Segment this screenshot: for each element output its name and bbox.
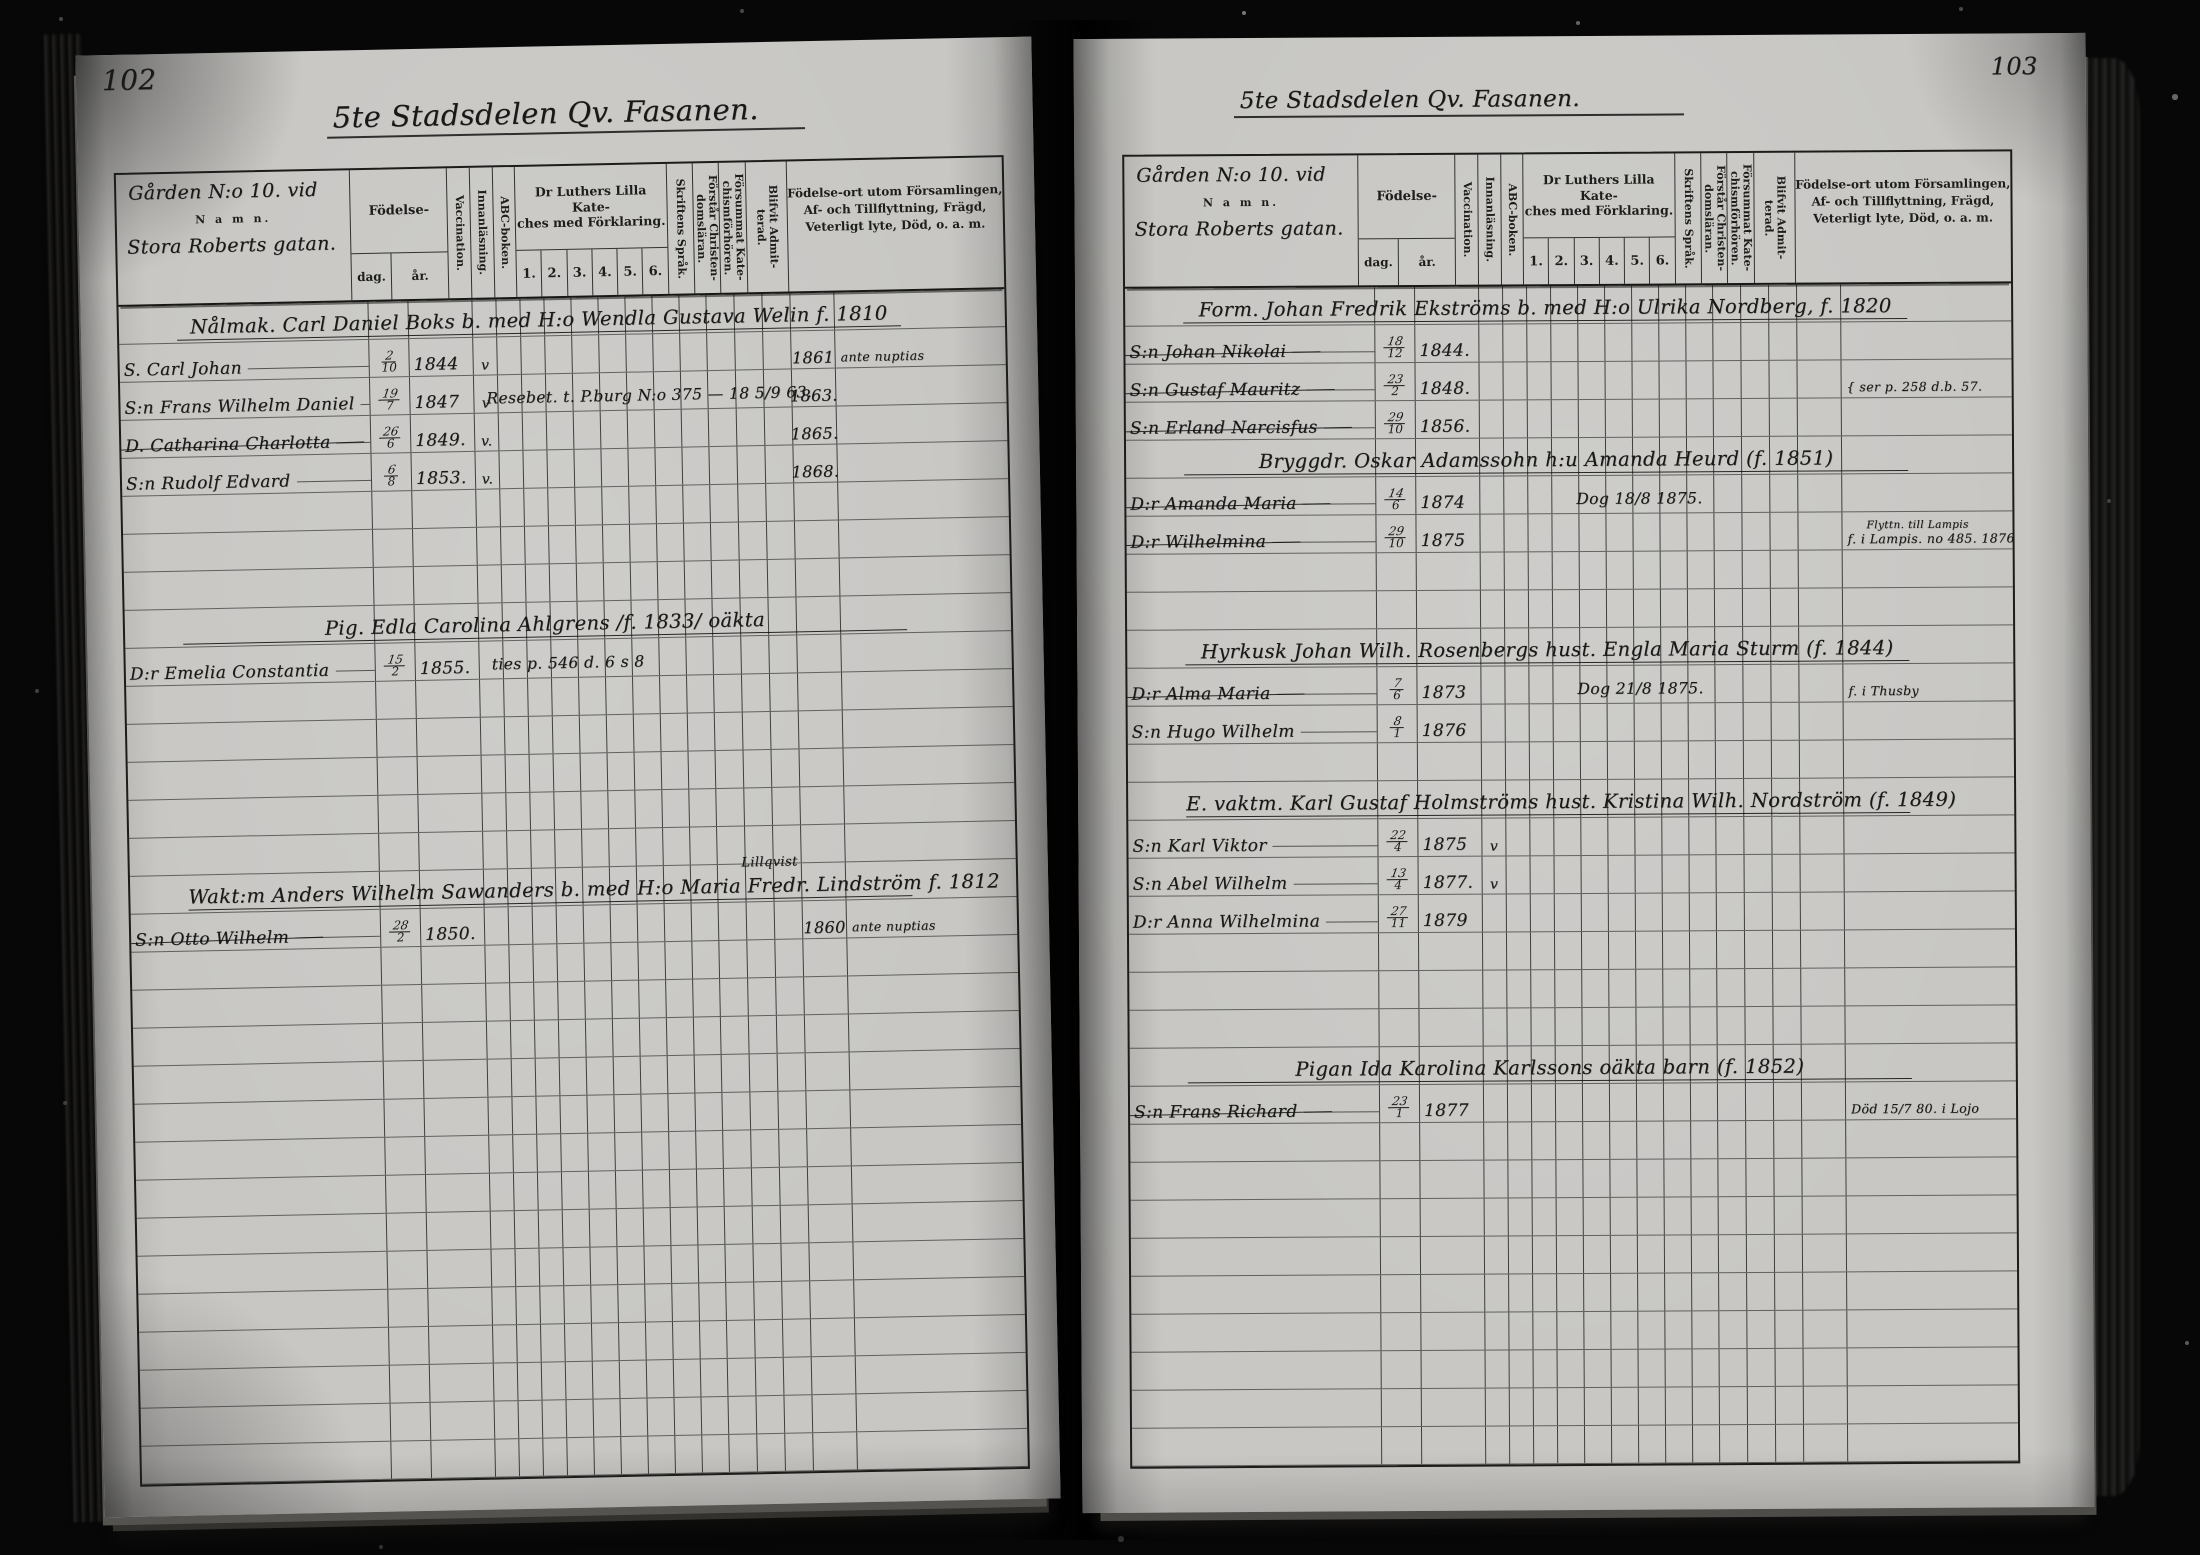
empty-row (1130, 1119, 2016, 1162)
street-line: Stora Roberts gatan. (1135, 217, 1344, 240)
cell (485, 907, 510, 944)
cell (1770, 399, 1798, 436)
cell (1528, 514, 1552, 551)
cell (840, 555, 1011, 595)
cell (669, 1131, 697, 1169)
cell (662, 752, 690, 790)
column-header-abc: ABC-boken. (492, 167, 517, 297)
cell (537, 1134, 562, 1171)
cell (620, 1361, 648, 1399)
cell: ante nuptias (835, 327, 1006, 367)
column-header-admitted: Blifvit Admit- terad. (1754, 153, 1796, 283)
cell (1555, 856, 1582, 893)
cell (1636, 970, 1663, 1007)
heading-correction: Lillqvist (741, 854, 798, 870)
cell (587, 1057, 615, 1095)
cell (559, 1020, 587, 1058)
cell (1773, 1007, 1801, 1044)
family-heading-row: E. vaktm. Karl Gustaf Holmströms hust. K… (1128, 777, 2014, 820)
cell (1639, 1350, 1666, 1387)
cell (1776, 1425, 1804, 1462)
cell (1845, 853, 2015, 891)
cell (642, 1132, 670, 1170)
cell (1687, 513, 1714, 550)
cell (1847, 1271, 2017, 1309)
cell (742, 674, 771, 712)
cell (1531, 894, 1555, 931)
family-heading: Pigan Ida Karolina Karlssons oäkta barn … (1188, 1054, 1912, 1083)
cell (1381, 1199, 1421, 1236)
cell (665, 942, 693, 980)
cell (1610, 1160, 1637, 1197)
cell (753, 1244, 782, 1282)
cell (1693, 1387, 1720, 1424)
cell: v (1482, 818, 1506, 855)
cell: S:n Erland Narcisfus (1126, 401, 1376, 440)
cell (1691, 1083, 1718, 1120)
cell (683, 485, 711, 523)
cell (1663, 893, 1690, 930)
cell (670, 1169, 698, 1207)
cell (542, 1362, 567, 1399)
cell (805, 1014, 850, 1052)
cell (1690, 1007, 1717, 1044)
cell (516, 1287, 541, 1324)
cell (534, 982, 559, 1019)
ruled-fill-line (297, 480, 371, 482)
cell (767, 521, 796, 559)
cell (1612, 1350, 1639, 1387)
cell (131, 948, 382, 990)
cell: 1875 (1418, 819, 1482, 856)
cell: 1850. (421, 908, 486, 946)
cell (390, 1365, 431, 1403)
cell (1530, 704, 1554, 741)
family-heading-row: Form. Johan Fredrik Ekströms b. med H:o … (1125, 283, 2011, 326)
birth-day: 152 (384, 654, 406, 677)
cell (1578, 324, 1605, 361)
cell (1848, 1423, 2018, 1461)
cell (1688, 589, 1715, 626)
cell (1483, 1008, 1507, 1045)
cell (1742, 513, 1770, 550)
cell (1661, 589, 1688, 626)
cell (1844, 739, 2014, 777)
cell (429, 1326, 494, 1364)
cell (778, 1091, 807, 1129)
record-row: D:r Alma Maria761873f. i ThusbyDog 21/8 … (1127, 663, 2013, 706)
cell (765, 445, 794, 483)
cell (528, 678, 553, 715)
cell (494, 1363, 519, 1400)
birth-day: 1812 (1384, 336, 1405, 359)
cell (770, 673, 799, 711)
cell (661, 714, 689, 752)
cell (416, 680, 481, 718)
cell (1801, 930, 1845, 967)
empty-row (1132, 1347, 2018, 1390)
estate-line: Gården N:o 10. vid (1136, 164, 1326, 187)
cell: 6 (385, 438, 397, 449)
cell (485, 945, 510, 982)
cell: D:r Anna Wilhelmina (1129, 895, 1379, 934)
cell: 1868. (793, 445, 838, 483)
cell (1483, 894, 1507, 931)
cell (847, 935, 1018, 975)
cell (1480, 514, 1504, 551)
street-line: Stora Roberts gatan. (127, 233, 336, 259)
cell (781, 1243, 810, 1281)
cell (1770, 475, 1798, 512)
cell (372, 491, 413, 529)
cell (799, 710, 844, 748)
cell (1844, 815, 2014, 853)
vaccination-mark: v. (481, 434, 493, 448)
cell (1377, 591, 1417, 628)
cell (1772, 703, 1800, 740)
cell (1506, 818, 1530, 855)
cell (523, 412, 548, 449)
cell (763, 331, 792, 369)
cell (419, 832, 484, 870)
cell (1666, 1387, 1693, 1424)
cell (856, 1391, 1027, 1431)
cell (594, 1437, 622, 1475)
cell (675, 1435, 703, 1473)
cell (656, 486, 684, 524)
birth-year: 1874 (1420, 495, 1465, 512)
birth-day-label: dag. (1359, 239, 1399, 285)
cell (391, 1403, 432, 1441)
cell (737, 446, 766, 484)
cell (431, 1440, 496, 1478)
cell (621, 1437, 649, 1475)
cell (1632, 362, 1659, 399)
cell (1800, 740, 1844, 777)
cell (1686, 323, 1713, 360)
cell: 1812 (1375, 325, 1415, 362)
cell (836, 365, 1007, 405)
cell (1381, 1237, 1421, 1274)
cell (536, 1096, 561, 1133)
cell (1663, 969, 1690, 1006)
cell (1479, 324, 1503, 361)
cell (601, 449, 629, 487)
cell (1661, 551, 1688, 588)
empty-row (1128, 739, 2014, 782)
cell (1772, 741, 1800, 778)
cell (1691, 1159, 1718, 1196)
cell (1845, 929, 2015, 967)
cell (1422, 1351, 1486, 1388)
cell (1713, 361, 1741, 398)
cell (1686, 361, 1713, 398)
cell (726, 1282, 755, 1320)
birth-day: 76 (1390, 678, 1404, 701)
cell (1634, 590, 1661, 627)
empty-row (1131, 1309, 2017, 1352)
cell (518, 1363, 543, 1400)
cell (418, 756, 483, 794)
cell (529, 716, 554, 753)
cell (797, 634, 842, 672)
cell (779, 1129, 808, 1167)
cell (1715, 551, 1743, 588)
catechism-grade-6: 6. (643, 248, 668, 294)
cell (1803, 1196, 1847, 1233)
catechism-grade-3: 3. (567, 249, 593, 295)
cell (750, 1054, 779, 1092)
cell (1638, 1236, 1665, 1273)
table-body: Nålmak. Carl Daniel Boks b. med H:o Wend… (118, 289, 1027, 1485)
cell (1662, 703, 1689, 740)
empty-row (1131, 1271, 2017, 1314)
cell: 2 (395, 932, 407, 943)
cell (747, 902, 776, 940)
page-stack-edge-right (2086, 58, 2140, 1496)
cell (629, 486, 657, 524)
ruled-fill-line (1301, 731, 1377, 732)
cell (1608, 742, 1635, 779)
cell: 6 (1390, 500, 1402, 511)
cell (755, 1320, 784, 1358)
cell (488, 1059, 513, 1096)
cell (696, 1131, 724, 1169)
cell (1664, 1121, 1691, 1158)
cell (1800, 702, 1844, 739)
cell (1843, 549, 2013, 587)
cell (634, 714, 662, 752)
cell (587, 1095, 615, 1133)
cell (775, 939, 804, 977)
admitted-year: 1868. (791, 463, 839, 480)
cell (1801, 1006, 1845, 1043)
catechism-grade-1: 1. (516, 250, 542, 296)
cell (799, 748, 844, 786)
cell (1486, 1350, 1510, 1387)
cell (725, 1244, 754, 1282)
cell (750, 1092, 779, 1130)
cell (1747, 1273, 1775, 1310)
cell (1127, 553, 1377, 592)
cell (477, 527, 502, 564)
cell (663, 828, 691, 866)
cell (1527, 324, 1551, 361)
admitted-year: 1860 (803, 919, 846, 936)
birth-day: 231 (1389, 1096, 1410, 1119)
column-header-abc: ABC-boken. (1501, 154, 1524, 284)
cell (1608, 818, 1635, 855)
cell (1422, 1427, 1486, 1464)
cell (1130, 1123, 1380, 1162)
person-name: D:r Wilhelmina (1131, 534, 1267, 552)
cell (523, 450, 548, 487)
cell (712, 561, 741, 599)
cell (1531, 970, 1555, 1007)
cell (1132, 1427, 1382, 1466)
cell (555, 830, 583, 868)
cell (1421, 1199, 1485, 1236)
cell (709, 409, 738, 447)
cell (1666, 1425, 1693, 1462)
cell: 13 (1386, 868, 1409, 880)
cell (141, 1404, 392, 1446)
cell: S:n Abel Wilhelm (1129, 857, 1379, 896)
cell (1503, 324, 1527, 361)
cell (1532, 1122, 1556, 1159)
cell (495, 1401, 520, 1438)
cell (1663, 855, 1690, 892)
cell (641, 1094, 669, 1132)
cell (1379, 971, 1419, 1008)
cell (812, 1394, 857, 1432)
cell (1533, 1236, 1557, 1273)
cell (781, 1205, 810, 1243)
cell (1609, 1008, 1636, 1045)
cell (728, 1358, 757, 1396)
cell (842, 669, 1013, 709)
empty-row (1132, 1423, 2018, 1466)
cell (1638, 1312, 1665, 1349)
empty-row (1131, 1195, 2017, 1238)
column-header-vaccination: Vaccination. (1456, 155, 1479, 285)
cell: 10 (1386, 538, 1405, 549)
cell (1484, 1084, 1508, 1121)
cell (1507, 932, 1531, 969)
cell (604, 563, 632, 601)
cell (499, 451, 524, 488)
cell (725, 1206, 754, 1244)
cell (1745, 969, 1773, 1006)
cell (1505, 552, 1529, 589)
cell (1507, 1008, 1531, 1045)
cell (1582, 932, 1609, 969)
cell (567, 1438, 595, 1476)
cell: 8 (1389, 716, 1405, 728)
cell (592, 1323, 620, 1361)
cell (1742, 399, 1770, 436)
cell: 266 (371, 415, 412, 453)
cell (548, 488, 576, 526)
cell (1665, 1235, 1692, 1272)
cell (783, 1319, 812, 1357)
cell (850, 1087, 1021, 1127)
cell (1509, 1198, 1533, 1235)
cell (776, 977, 805, 1015)
cell (1609, 932, 1636, 969)
cell (1509, 1236, 1533, 1273)
cell (1717, 893, 1745, 930)
cell (1717, 969, 1745, 1006)
cell (1557, 1274, 1584, 1311)
cell (1610, 1122, 1637, 1159)
page-title: 5te Stadsdelen Qv. Fasanen. (1234, 85, 1684, 118)
cell (684, 523, 712, 561)
cell (800, 786, 845, 824)
birth-day: 2910 (1385, 526, 1406, 549)
person-name: D:r Emelia Constantia (130, 663, 330, 684)
cell (689, 751, 717, 789)
person-name: D. Catharina Charlotta (125, 435, 331, 456)
cell (715, 712, 744, 750)
cell (1637, 1160, 1664, 1197)
family-heading: Bryggdr. Oskar Adamssohn h:u Amanda Heur… (1184, 446, 1908, 475)
cell (378, 795, 419, 833)
empty-row (1131, 1233, 2017, 1276)
cell: 28 (389, 920, 412, 932)
cell (566, 1362, 594, 1400)
cell (1691, 1121, 1718, 1158)
cell (1382, 1389, 1422, 1426)
cell (504, 679, 529, 716)
cell (377, 719, 418, 757)
cell (798, 672, 843, 710)
cell (1743, 589, 1771, 626)
remark-note: ante nuptias (852, 918, 936, 935)
cell (749, 1016, 778, 1054)
birth-day: 68 (384, 464, 398, 487)
cell (768, 559, 797, 597)
cell (1482, 704, 1506, 741)
cell (744, 750, 773, 788)
cell (1693, 1425, 1720, 1462)
cell (1663, 931, 1690, 968)
cell (665, 904, 693, 942)
cell (1720, 1425, 1748, 1462)
cell (1607, 590, 1634, 627)
cell (1846, 1119, 2016, 1157)
cell (536, 1058, 561, 1095)
cell (1748, 1387, 1776, 1424)
cell (1632, 324, 1659, 361)
cell (413, 528, 478, 566)
cell (139, 1328, 390, 1370)
cell (611, 943, 639, 981)
cell (608, 791, 636, 829)
birth-day: 282 (390, 920, 412, 943)
cell: 14 (1384, 488, 1407, 500)
person-name: S:n Hugo Wilhelm (1132, 724, 1295, 742)
cell (1719, 1197, 1747, 1234)
cell (1638, 1274, 1665, 1311)
cell (1801, 892, 1845, 929)
remark-note: ante nuptias (840, 348, 924, 365)
record-row: S:n Abel Wilhelm1341877.v (1129, 853, 2015, 896)
cell (1581, 704, 1608, 741)
cell (554, 792, 582, 830)
cell (1719, 1311, 1747, 1348)
cell (1800, 816, 1844, 853)
cell (1582, 1008, 1609, 1045)
birth-year: 1875 (1422, 837, 1467, 854)
cell: 231 (1380, 1085, 1420, 1122)
cell (519, 1401, 544, 1438)
cell: 6 (1391, 690, 1403, 701)
cell (1636, 894, 1663, 931)
birth-year: 1876 (1422, 723, 1467, 740)
cell (698, 1207, 726, 1245)
cell (547, 450, 575, 488)
cell (567, 1400, 595, 1438)
examination-note: Dog 18/8 1875. (1576, 489, 1702, 508)
cell (1692, 1273, 1719, 1310)
cell (1747, 1235, 1775, 1272)
cell (124, 568, 375, 610)
cell (796, 559, 841, 597)
cell (714, 674, 743, 712)
cell (550, 564, 578, 602)
person-name: S:n Karl Viktor (1132, 838, 1267, 856)
